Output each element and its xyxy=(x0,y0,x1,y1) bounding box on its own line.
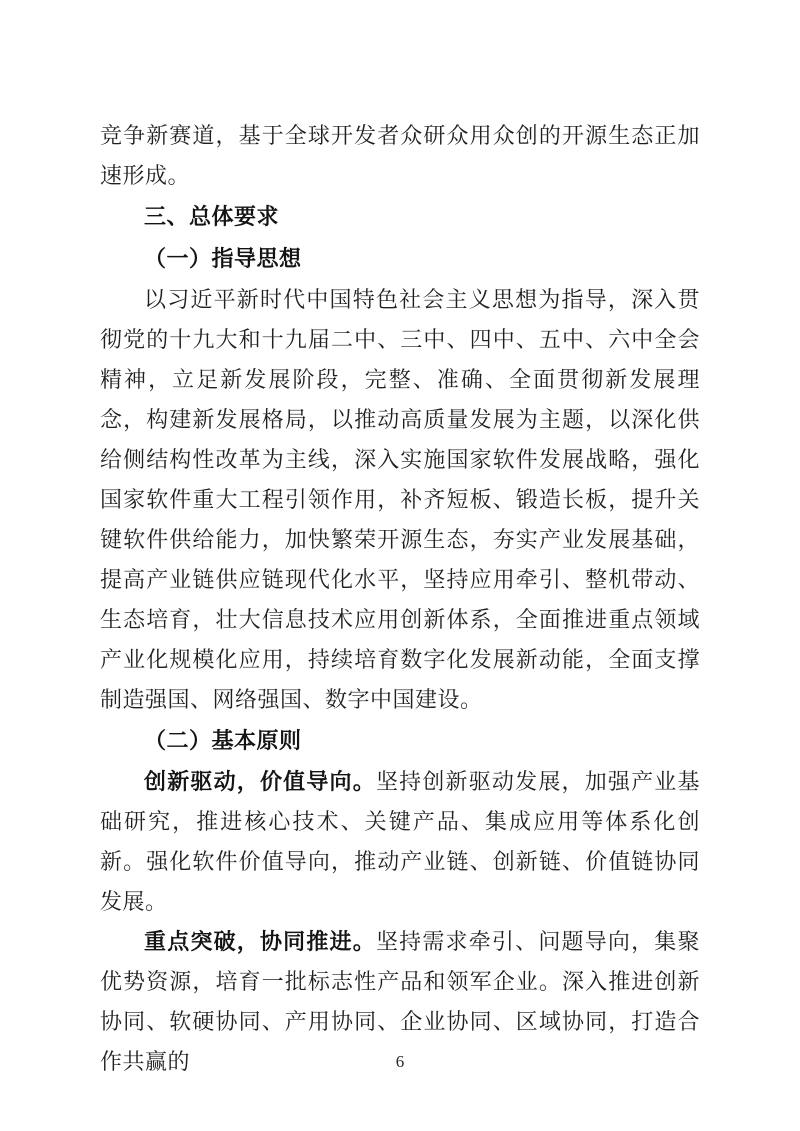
section-heading: 三、总体要求 xyxy=(100,196,700,238)
page-number: 6 xyxy=(0,1052,800,1072)
paragraph-lead: 创新驱动，价值导向。 xyxy=(144,769,376,794)
subsection-heading-guiding-ideology: （一）指导思想 xyxy=(100,238,700,280)
paragraph-continuation: 竞争新赛道，基于全球开发者众研众用众创的开源生态正加速形成。 xyxy=(100,116,700,196)
document-page: 竞争新赛道，基于全球开发者众研众用众创的开源生态正加速形成。 三、总体要求 （一… xyxy=(0,0,800,1131)
paragraph-lead: 重点突破，协同推进。 xyxy=(144,929,376,954)
paragraph-innovation-driven: 创新驱动，价值导向。坚持创新驱动发展，加强产业基础研究，推进核心技术、关键产品、… xyxy=(100,762,700,922)
document-body: 竞争新赛道，基于全球开发者众研众用众创的开源生态正加速形成。 三、总体要求 （一… xyxy=(100,116,700,1082)
paragraph-guiding-ideology: 以习近平新时代中国特色社会主义思想为指导，深入贯彻党的十九大和十九届二中、三中、… xyxy=(100,280,700,720)
subsection-heading-basic-principles: （二）基本原则 xyxy=(100,720,700,762)
